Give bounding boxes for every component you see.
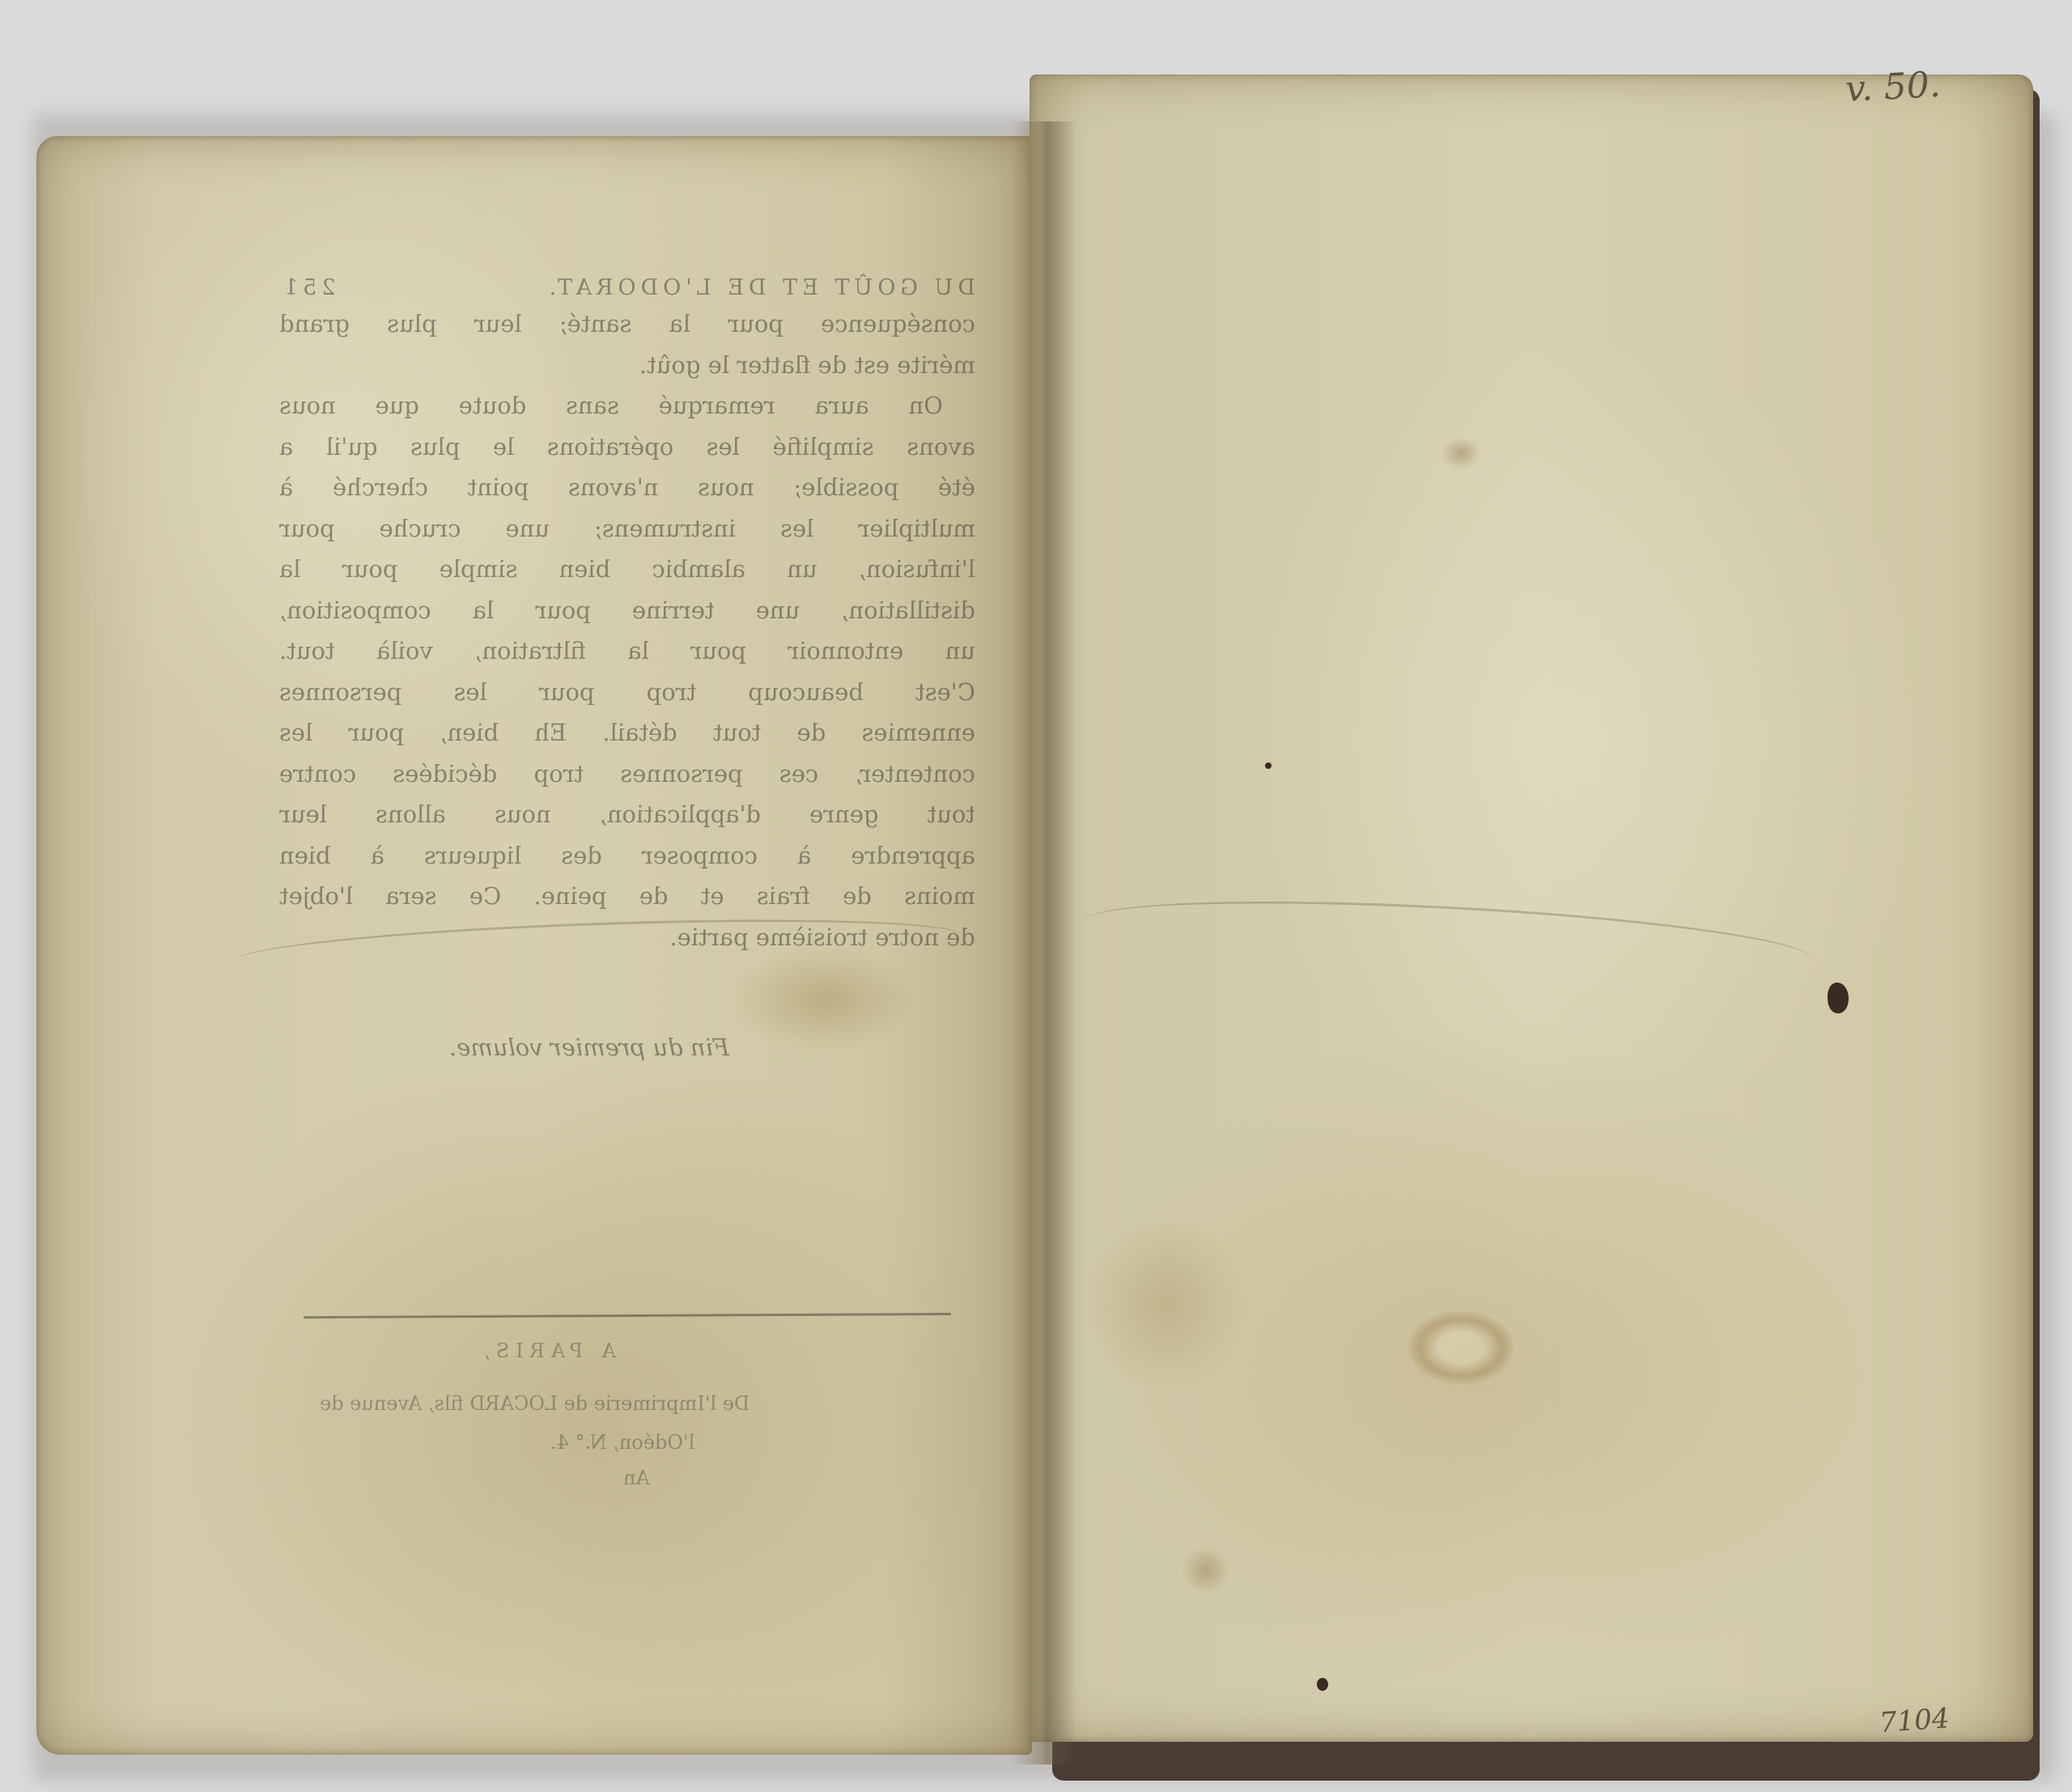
running-header: DU GOÛT ET DE L'ODORAT. 251 [279, 275, 975, 300]
imprint-line-1: De l'Imprimerie de LOCARD fils, Avenue d… [320, 1392, 749, 1415]
ink-spot [1265, 762, 1272, 769]
end-of-volume-note: Fin du premier volume. [449, 1034, 729, 1061]
imprint-line-3: An [623, 1467, 650, 1489]
imprint-line-2: l'Odéon, N.° 4. [550, 1431, 694, 1454]
text-line: apprendre à composer des liqueurs à bien [279, 835, 975, 877]
text-line: tout genre d'application, nous allons le… [279, 794, 975, 835]
text-line: multiplier les instrumens; une cruche po… [279, 508, 975, 550]
text-line: conséquence pour la santé; leur plus gra… [279, 304, 975, 345]
text-line: ennemies de tout détail. Eh bien, pour l… [279, 712, 975, 754]
text-line: l'infusion, un alambic bien simple pour … [279, 549, 975, 590]
text-line: moins de frais et de peine. Ce sera l'ob… [279, 876, 975, 917]
foxing-spot [1441, 437, 1481, 469]
bleed-through-text-block: DU GOÛT ET DE L'ODORAT. 251 conséquence … [279, 275, 975, 958]
text-line: été possible; nous n'avons point cherché… [279, 467, 975, 508]
water-stain [728, 947, 923, 1052]
handwritten-note-top: v. 50. [1845, 64, 1942, 110]
handwritten-note-bottom: 7104 [1879, 1702, 1951, 1739]
foxing-spot [1182, 1546, 1230, 1595]
ink-spot [1317, 1678, 1328, 1691]
foxing-stain [1408, 1311, 1514, 1384]
text-line: On aura remarqué sans doute que nous [279, 385, 975, 427]
imprint-city: A PARIS, [478, 1340, 616, 1362]
text-line: C'est beaucoup trop pour les personnes [279, 672, 975, 713]
page-number: 251 [279, 275, 336, 300]
text-line: un entonnoir pour la filtration, voilà t… [279, 631, 975, 672]
water-stain [1085, 1214, 1246, 1392]
ink-spot [1828, 983, 1849, 1013]
text-line: contenter, ces personnes trop décidées c… [279, 754, 975, 795]
running-header-title: DU GOÛT ET DE L'ODORAT. [544, 275, 975, 300]
text-line: mérite est de flatter le goût. [279, 345, 975, 386]
text-line: distillation, une terrine pour la compos… [279, 590, 975, 631]
book-gutter [1012, 121, 1076, 1764]
text-line: avons simplifié les opérations le plus q… [279, 427, 975, 468]
